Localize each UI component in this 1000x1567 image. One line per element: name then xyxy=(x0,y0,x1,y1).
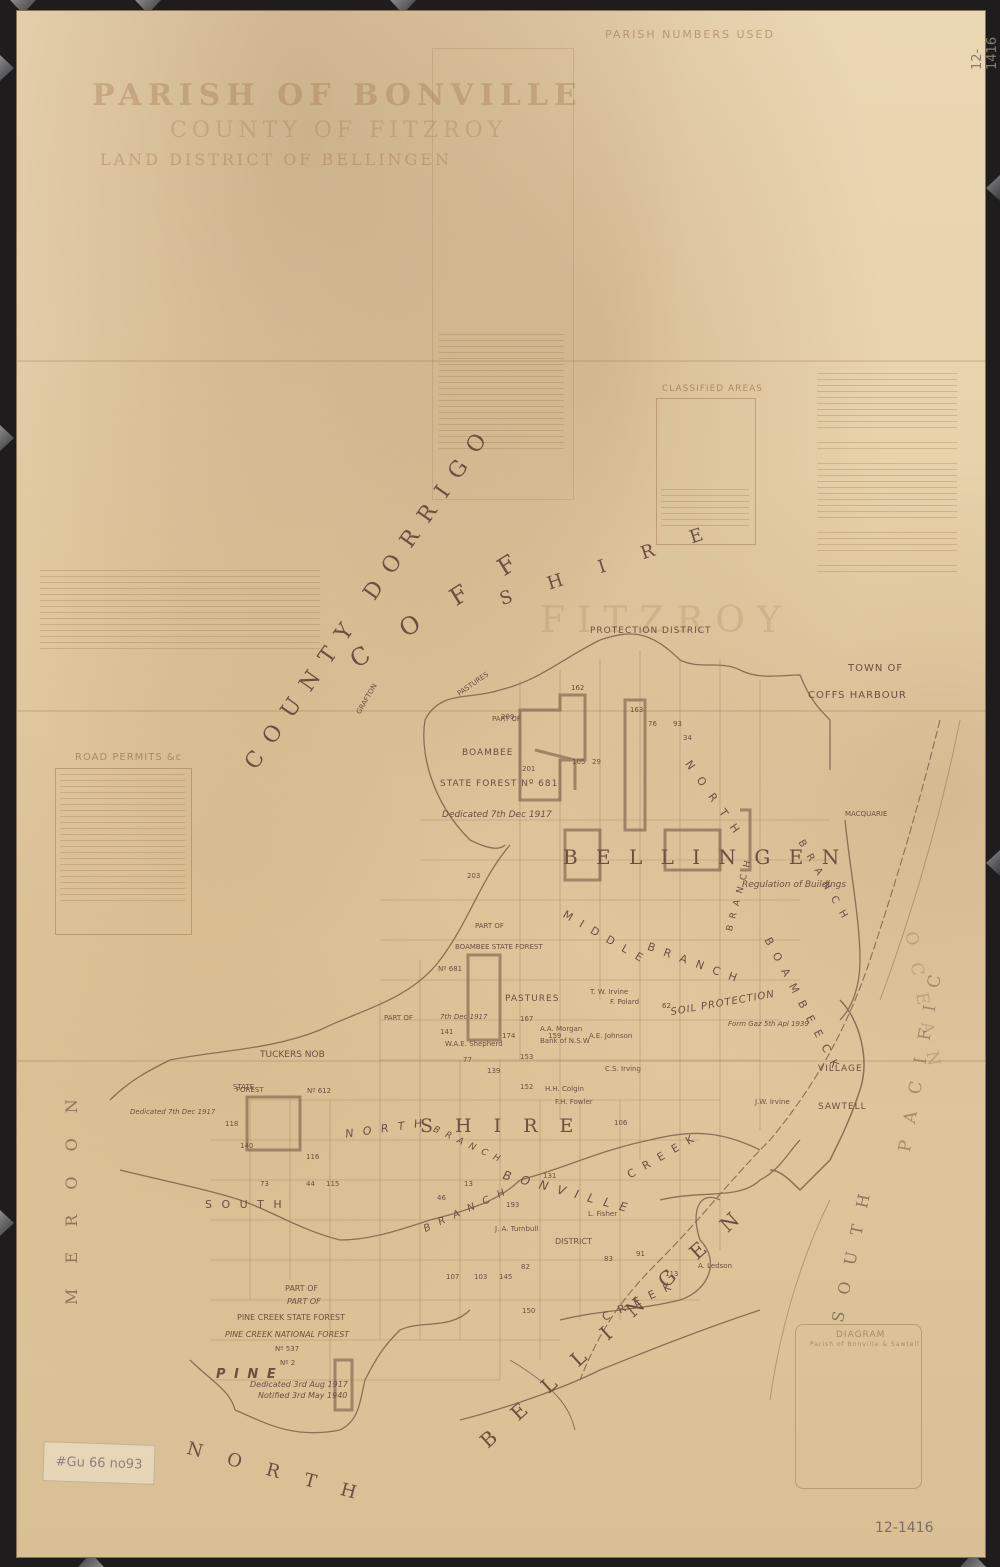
lot-number: 162 xyxy=(571,684,584,692)
label-macquarie: MACQUARIE xyxy=(845,810,887,818)
lot-number: 83 xyxy=(604,1255,613,1263)
label-notified-1940: Notified 3rd May 1940 xyxy=(258,1391,347,1400)
lot-number: 106 xyxy=(614,1119,627,1127)
label-forest-west: FOREST xyxy=(236,1086,264,1094)
label-part-of-2: PART OF xyxy=(475,922,504,930)
lot-number: 116 xyxy=(306,1153,319,1161)
lot-number: 140 xyxy=(240,1142,253,1150)
label-pastures: PASTURES xyxy=(505,994,559,1004)
lot-number: 82 xyxy=(521,1263,530,1271)
label-protection-district: PROTECTION DISTRICT xyxy=(590,626,712,636)
label-no-2: Nº 2 xyxy=(280,1359,295,1367)
owner-label: F. Polard xyxy=(610,998,639,1006)
label-regulation-buildings: Regulation of Buildings xyxy=(742,880,846,890)
lot-number: 107 xyxy=(446,1273,459,1281)
label-dec-1917: 7th Dec 1917 xyxy=(440,1013,487,1021)
label-no-681: Nº 681 xyxy=(438,965,462,973)
lot-number: 105 xyxy=(572,758,585,766)
lot-number: 145 xyxy=(499,1273,512,1281)
owner-label: W.A.E. Shepherd xyxy=(445,1040,503,1048)
label-sawtell: SAWTELL xyxy=(818,1102,867,1112)
owner-label: J.W. Irvine xyxy=(755,1098,790,1106)
lot-number: 29 xyxy=(592,758,601,766)
label-coffs-harbour: COFFS HARBOUR xyxy=(808,690,907,701)
label-dedicated-1917: Dedicated 7th Dec 1917 xyxy=(442,810,552,820)
lot-number: 73 xyxy=(260,1180,269,1188)
label-south-3: S O U T H xyxy=(205,1198,285,1211)
lot-number: 118 xyxy=(225,1120,238,1128)
label-district: DISTRICT xyxy=(555,1237,592,1246)
lot-number: 163 xyxy=(630,706,643,714)
label-state-forest-681: STATE FOREST Nº 681 xyxy=(440,779,558,789)
lot-number: 167 xyxy=(520,1015,533,1023)
lot-number: 91 xyxy=(636,1250,645,1258)
label-no-537: Nº 537 xyxy=(275,1345,299,1353)
lot-number: 13 xyxy=(464,1180,473,1188)
owner-label: A.E. Johnson xyxy=(589,1032,632,1040)
lot-number: 93 xyxy=(673,720,682,728)
tape-label: #Gu 66 no93 xyxy=(42,1441,155,1485)
lot-number: 139 xyxy=(487,1067,500,1075)
label-dedicated-1917b: Dedicated 7th Dec 1917 xyxy=(130,1108,215,1116)
lot-number: 159 xyxy=(548,1032,561,1040)
lot-number: 203 xyxy=(467,872,480,880)
label-part-of-5: PART OF xyxy=(287,1297,321,1306)
owner-label: C.S. Irving xyxy=(605,1065,641,1073)
lot-number: 174 xyxy=(502,1032,515,1040)
owner-label: H.H. Colgin xyxy=(545,1085,584,1093)
label-village: VILLAGE xyxy=(818,1064,863,1074)
owner-label: F.H. Fowler xyxy=(555,1098,593,1106)
label-dedicated-1917c: Dedicated 3rd Aug 1917 xyxy=(250,1380,348,1389)
lot-number: 76 xyxy=(648,720,657,728)
lot-number: 150 xyxy=(522,1307,535,1315)
label-part-of-3: PART OF xyxy=(384,1014,413,1022)
lot-number: 62 xyxy=(662,1002,671,1010)
label-boambee-state-forest: BOAMBEE STATE FOREST xyxy=(455,943,543,951)
owner-label: J. A. Turnbull xyxy=(495,1225,538,1233)
lot-number: 34 xyxy=(683,734,692,742)
label-town-of: TOWN OF xyxy=(848,663,903,674)
label-part-of-4: PART OF xyxy=(285,1284,318,1293)
lot-number: 77 xyxy=(463,1056,472,1064)
label-pine-creek-sf: PINE CREEK STATE FOREST xyxy=(237,1313,345,1322)
lot-number: 103 xyxy=(474,1273,487,1281)
label-boambee: BOAMBEE xyxy=(462,748,513,758)
owner-label: T. W. Irvine xyxy=(590,988,628,996)
lot-number: 152 xyxy=(520,1083,533,1091)
lot-number: 46 xyxy=(437,1194,446,1202)
owner-label: L. Fisher xyxy=(588,1210,617,1218)
lot-number: 141 xyxy=(440,1028,453,1036)
lot-number: 113 xyxy=(665,1270,678,1278)
lot-number: 209 xyxy=(501,713,514,721)
label-no-612: Nº 612 xyxy=(307,1087,331,1095)
label-pine-creek-nf: PINE CREEK NATIONAL FOREST xyxy=(225,1330,349,1339)
label-meroon: M E R O O N xyxy=(62,1089,81,1305)
label-tuckers-nob: TUCKERS NOB xyxy=(260,1050,325,1060)
owner-label: A. Ledson xyxy=(698,1262,732,1270)
lot-number: 153 xyxy=(520,1053,533,1061)
label-form-gaz: Form Gaz 5th Apl 1939 xyxy=(728,1020,809,1028)
lot-number: 115 xyxy=(326,1180,339,1188)
lot-number: 193 xyxy=(506,1201,519,1209)
lot-number: 201 xyxy=(522,765,535,773)
lot-number: 44 xyxy=(306,1180,315,1188)
lot-number: 131 xyxy=(543,1172,556,1180)
